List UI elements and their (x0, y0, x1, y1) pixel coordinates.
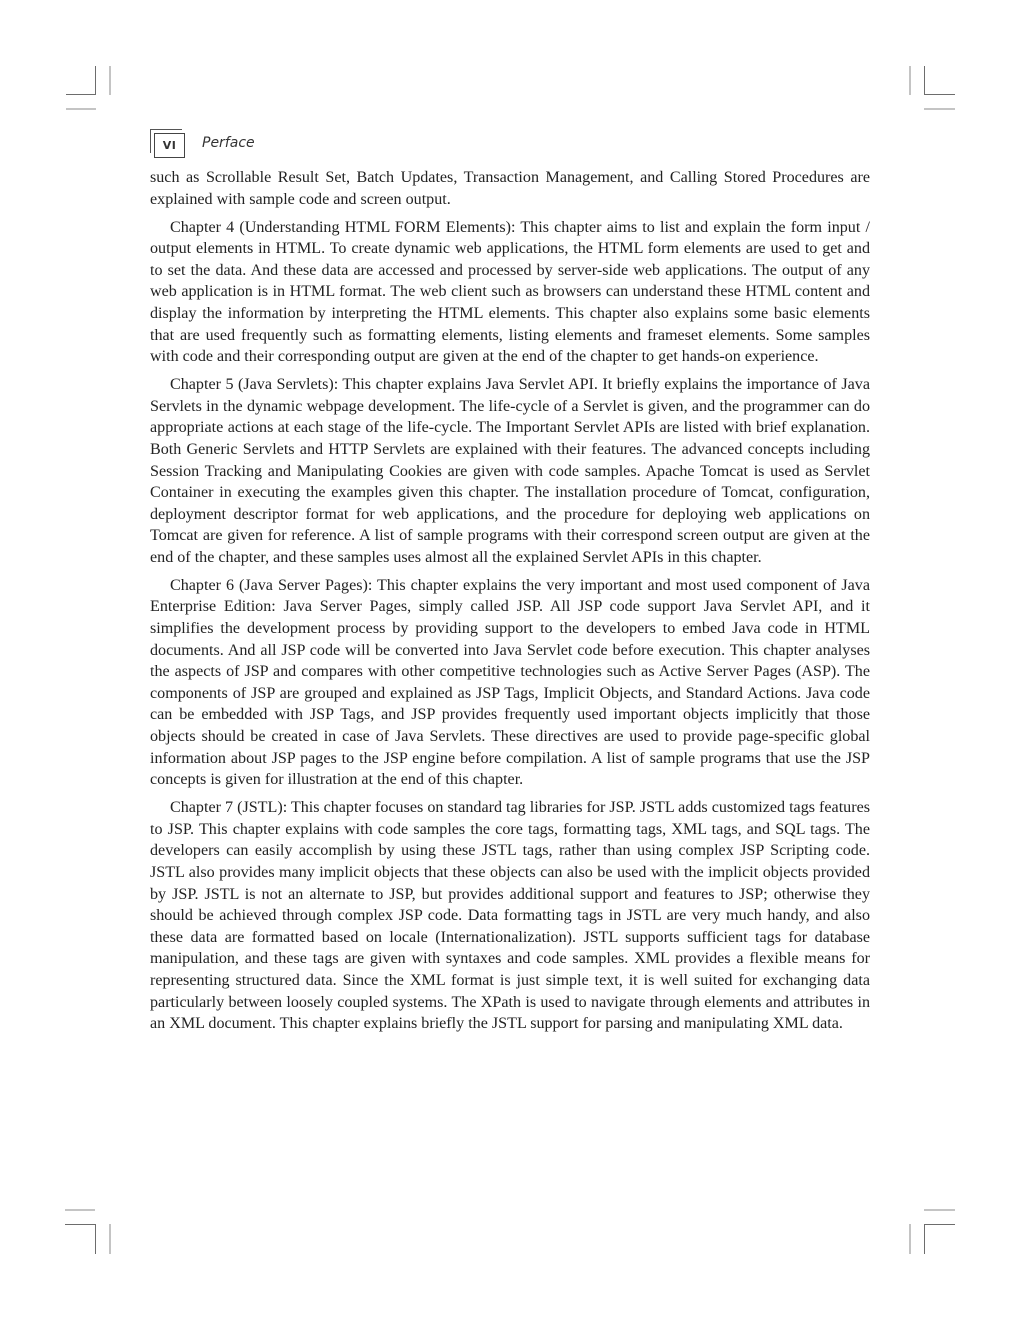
paragraph-chapter-7: Chapter 7 (JSTL): This chapter focuses o… (150, 797, 870, 1035)
crop-mark-top-right-v (924, 66, 925, 95)
body-text: such as Scrollable Result Set, Batch Upd… (150, 167, 870, 1041)
crop-mark-bottom-right-v (924, 1224, 925, 1254)
paragraph-chapter-5: Chapter 5 (Java Servlets): This chapter … (150, 374, 870, 568)
crop-mark-top-right-bleed-v (909, 66, 911, 95)
crop-mark-top-left-v (95, 66, 96, 95)
crop-mark-top-right-h (924, 94, 955, 95)
crop-mark-bottom-left-bleed-h (65, 1209, 95, 1211)
crop-mark-bottom-right-bleed-v (909, 1224, 911, 1254)
crop-mark-top-left-h (66, 94, 96, 95)
crop-mark-bottom-left-v (95, 1224, 96, 1254)
crop-mark-top-left-bleed-v (109, 66, 111, 95)
crop-mark-bottom-left-h (65, 1224, 96, 1225)
running-title: Perface (202, 135, 255, 151)
paragraph-chapter-4: Chapter 4 (Understanding HTML FORM Eleme… (150, 217, 870, 368)
crop-mark-top-left-bleed-h (66, 108, 96, 110)
page-number: VI (154, 133, 185, 158)
paragraph-continuation: such as Scrollable Result Set, Batch Upd… (150, 167, 870, 210)
paragraph-chapter-6: Chapter 6 (Java Server Pages): This chap… (150, 575, 870, 791)
crop-mark-top-right-bleed-h (924, 108, 955, 110)
crop-mark-bottom-left-bleed-v (109, 1224, 111, 1254)
crop-mark-bottom-right-bleed-h (924, 1209, 955, 1211)
crop-mark-bottom-right-h (924, 1224, 955, 1225)
